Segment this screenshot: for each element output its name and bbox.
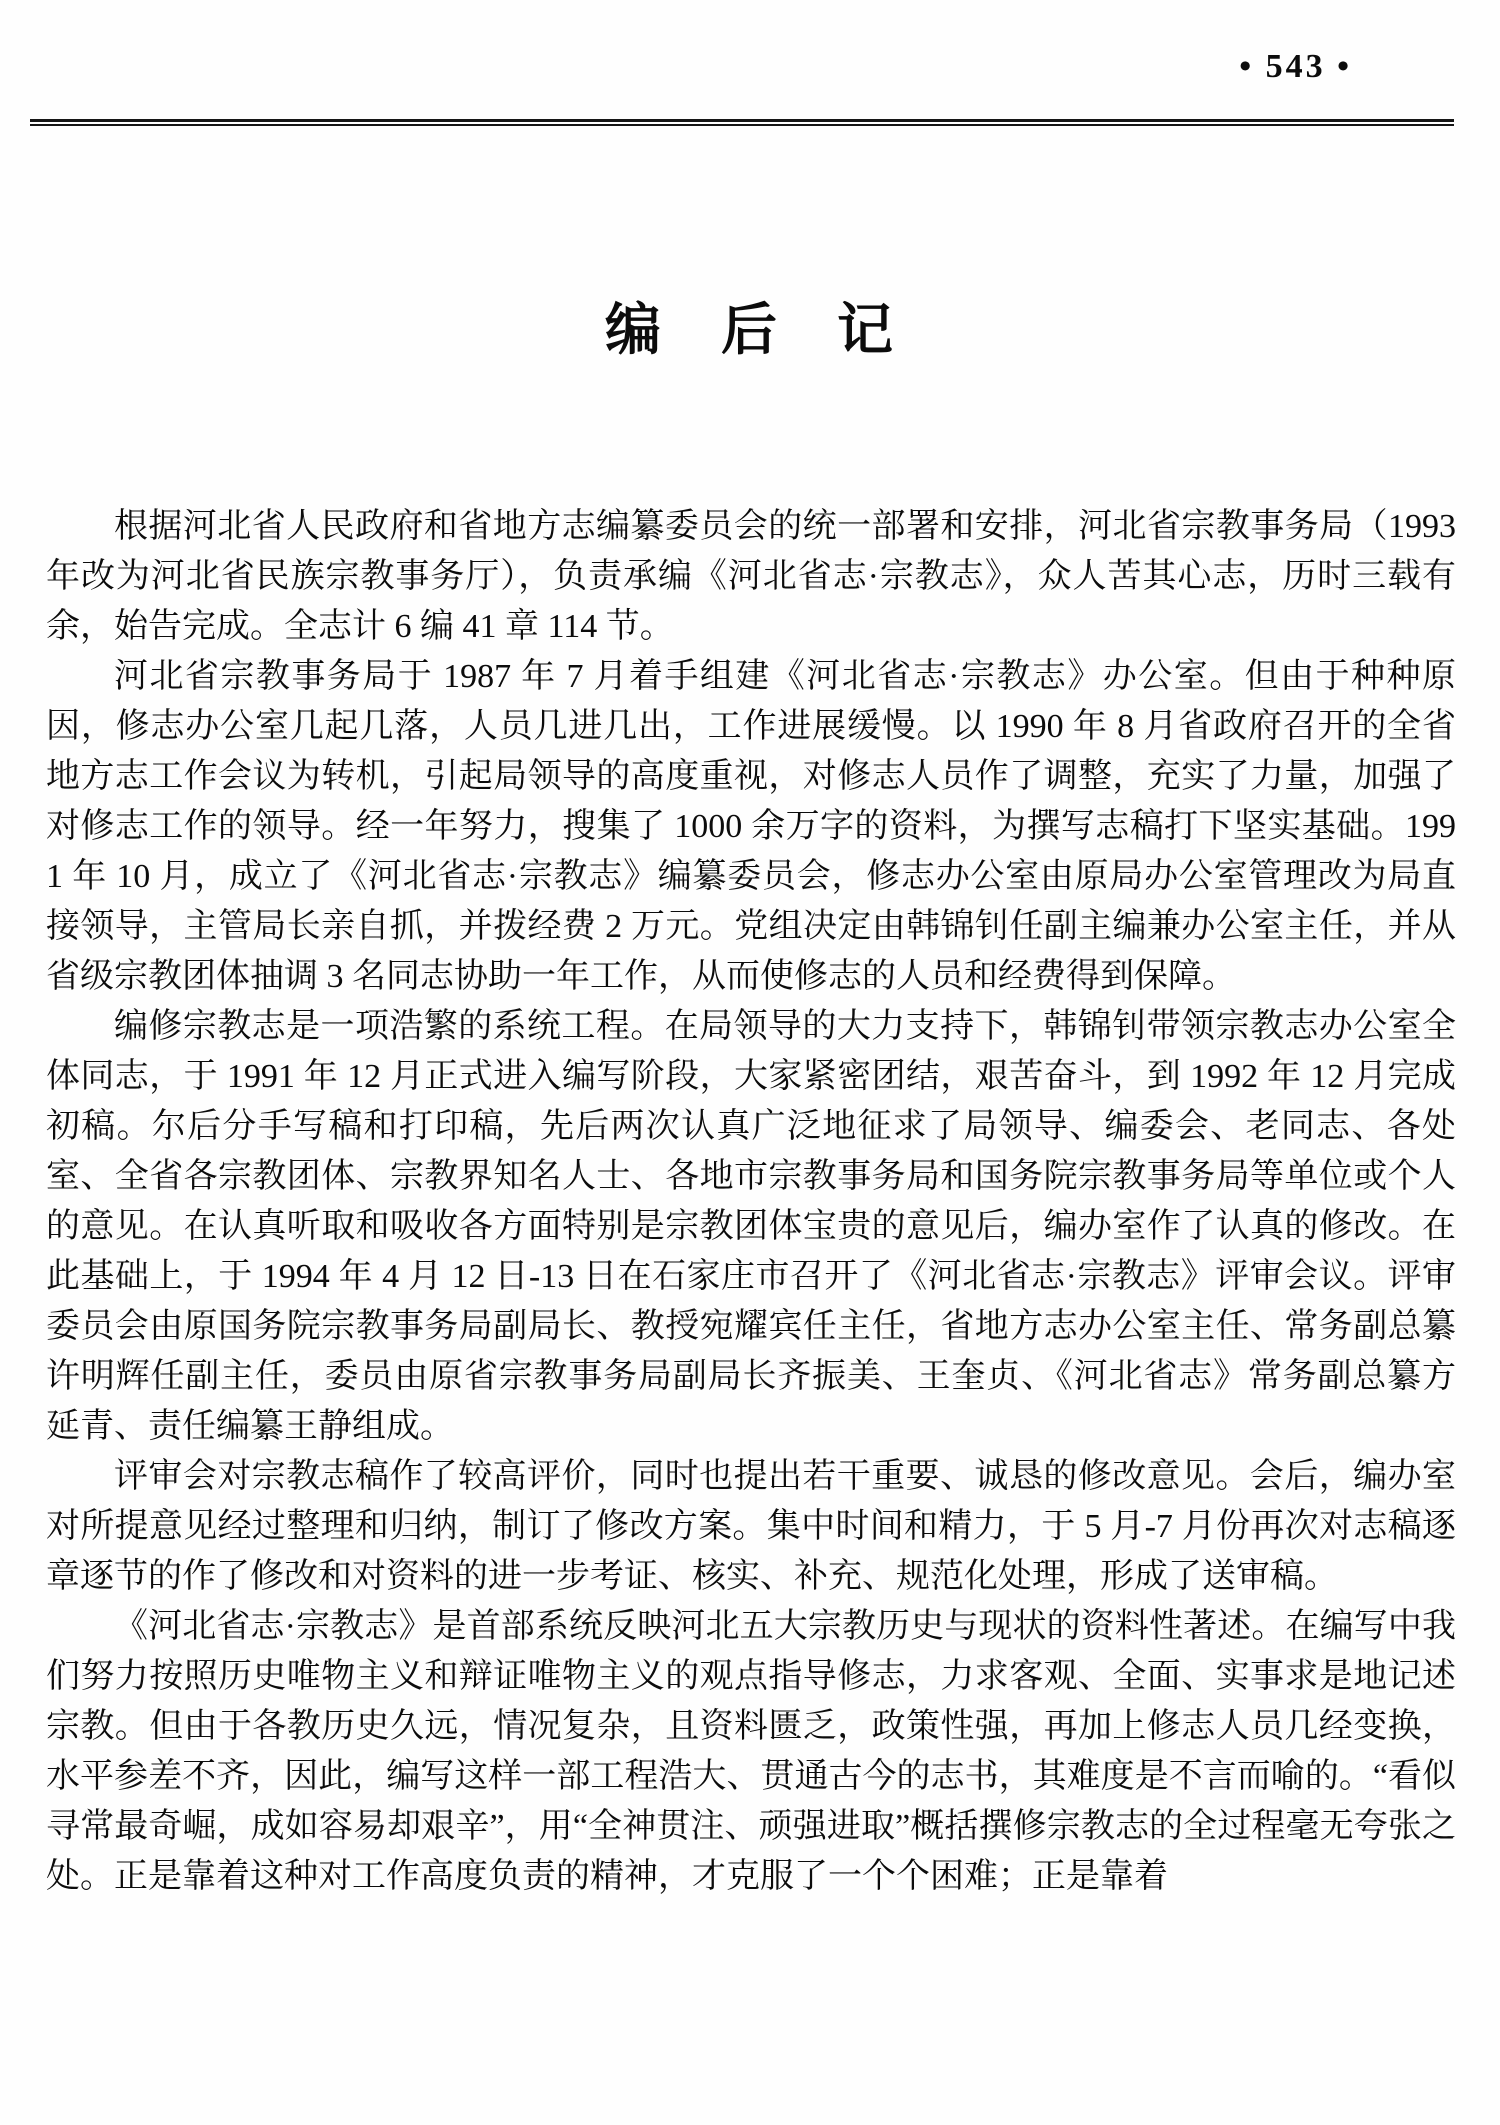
header-rule [30,119,1454,126]
page-title: 编 后 记 [0,286,1500,366]
document-page: • 543 • 编 后 记 根据河北省人民政府和省地方志编纂委员会的统一部署和安… [0,0,1500,2125]
body-text: 根据河北省人民政府和省地方志编纂委员会的统一部署和安排，河北省宗教事务局（199… [46,502,1456,1902]
paragraph-3: 编修宗教志是一项浩繁的系统工程。在局领导的大力支持下，韩锦钊带领宗教志办公室全体… [46,1002,1456,1452]
paragraph-1: 根据河北省人民政府和省地方志编纂委员会的统一部署和安排，河北省宗教事务局（199… [46,502,1456,652]
paragraph-4: 评审会对宗教志稿作了较高评价，同时也提出若干重要、诚恳的修改意见。会后，编办室对… [46,1452,1456,1602]
page-number: • 543 • [1239,48,1352,86]
paragraph-2: 河北省宗教事务局于 1987 年 7 月着手组建《河北省志·宗教志》办公室。但由… [46,652,1456,1002]
paragraph-5: 《河北省志·宗教志》是首部系统反映河北五大宗教历史与现状的资料性著述。在编写中我… [46,1602,1456,1902]
